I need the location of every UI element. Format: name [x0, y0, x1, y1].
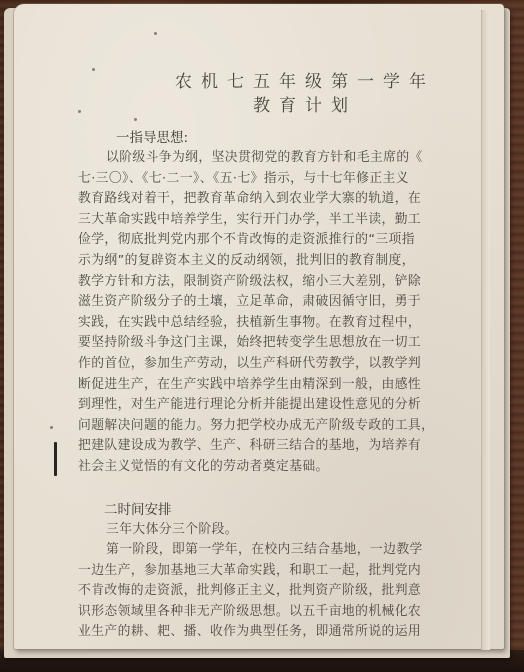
- document-title: 农机七五年级第一学年: [130, 70, 480, 94]
- section-body-schedule: 三年大体分三个阶段。 第一阶段，即第一学年，在校内三结合基地，一边教学 一边生产…: [78, 520, 456, 644]
- text-line: 以阶级斗争为纲，坚决贯彻党的教育方针和毛主席的《: [78, 148, 456, 169]
- text-line: 三大革命实践中培养学生，实行开门办学，半工半读，勤工: [78, 210, 456, 231]
- text-line: 要坚持阶级斗争这门主课，始终把转变学生思想放在一切工: [78, 333, 456, 354]
- text-line: 实践，在实践中总结经验，扶植新生事物。在教育过程中，: [78, 313, 456, 334]
- text-line: 断促进生产，在生产实践中培养学生由精深到一般，由感性: [78, 375, 456, 396]
- text-line: 问题解决问题的能力。努力把学校办成无产阶级专政的工具，: [78, 416, 456, 437]
- document-body: 农机七五年级第一学年 教育计划 一指导思想: 以阶级斗争为纲，坚决贯彻党的教育方…: [90, 70, 480, 643]
- text-line: 教学方针和方法，限制资产阶级法权，缩小三大差别，铲除: [78, 272, 456, 293]
- document-subtitle: 教育计划: [130, 94, 480, 118]
- section-body-guiding-thought: 以阶级斗争为纲，坚决贯彻党的教育方针和毛主席的《 七·三〇》、《七·二一》、《五…: [78, 148, 456, 478]
- text-line: 第一阶段，即第一学年，在校内三结合基地，一边教学: [78, 540, 456, 561]
- text-line: 一边生产，参加基地三大革命实践，和职工一起，批判党内: [78, 561, 456, 582]
- paper-speck: [78, 110, 81, 113]
- text-line: 俭学，彻底批判党内那个不肯改悔的走资派推行的“三项指: [78, 230, 456, 251]
- text-line: 七·三〇》、《七·二一》、《五·七》指示，与十七年修正主义: [78, 169, 456, 190]
- text-line: 到理性，对生产能进行理论分析并能提出建设性意见的分析: [78, 395, 456, 416]
- text-line: 把建队建设成为教学、生产、科研三结合的基地，为培养有: [78, 436, 456, 457]
- text-line: 识形态领域里各种非无产阶级思想。以五千亩地的机械化农: [78, 602, 456, 623]
- paper-speck: [50, 426, 53, 429]
- text-line: 社会主义觉悟的有文化的劳动者奠定基础。: [78, 457, 456, 478]
- text-line: 滋生资产阶级分子的土壤，立足革命，肃破因循守旧，勇于: [78, 292, 456, 313]
- text-line: 示为纲”的复辟资本主义的反动纲领，批判旧的教育制度，: [78, 251, 456, 272]
- section-heading-guiding-thought: 一指导思想:: [116, 128, 480, 148]
- text-line: 教育路线对着干，把教育革命纳入到农业学大寨的轨道，在: [78, 189, 456, 210]
- section-heading-schedule: 二时间安排: [104, 500, 480, 520]
- text-line: 业生产的耕、耙、播、收作为典型任务，即通常所说的运用: [78, 622, 456, 643]
- binding-staple-mark: [54, 442, 57, 476]
- page-right-edge: [481, 10, 490, 650]
- text-line: 作的首位，参加生产劳动，以生产科研代劳教学，以教学判: [78, 354, 456, 375]
- text-line: 不肯改悔的走资派，批判修正主义，批判资产阶级，批判意: [78, 581, 456, 602]
- paper-speck: [154, 32, 157, 35]
- text-line: 三年大体分三个阶段。: [78, 520, 456, 541]
